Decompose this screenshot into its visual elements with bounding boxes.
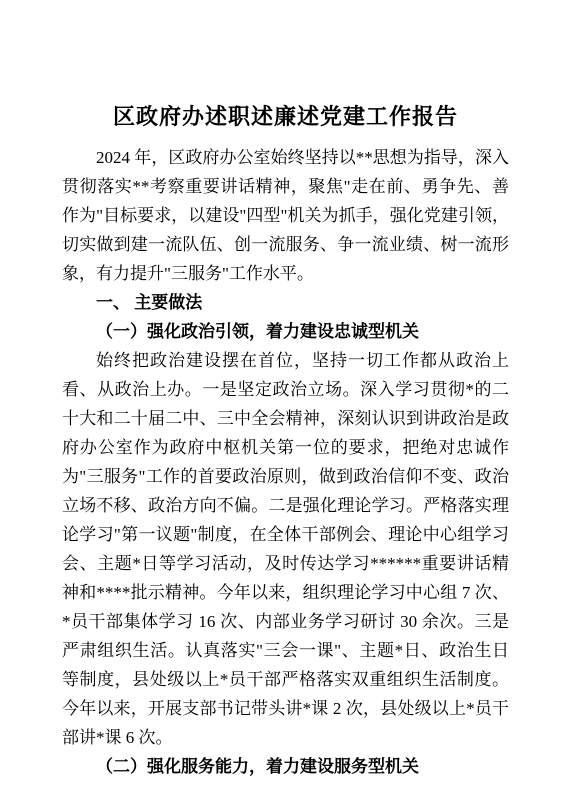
- document-title: 区政府办述职述廉述党建工作报告: [62, 100, 509, 134]
- section-heading-main-practices: 一、 主要做法: [62, 288, 509, 317]
- subsection-heading-political-leadership: （一）强化政治引领，着力建设忠诚型机关: [62, 317, 509, 346]
- paragraph-political-building: 始终把政治建设摆在首位，坚持一切工作都从政治上看、从政治上办。一是坚定政治立场。…: [62, 346, 509, 752]
- subsection-heading-service-capability: （二）强化服务能力，着力建设服务型机关: [62, 752, 509, 781]
- document-page: 区政府办述职述廉述党建工作报告 2024 年，区政府办公室始终坚持以**思想为指…: [0, 0, 570, 807]
- paragraph-intro: 2024 年，区政府办公室始终坚持以**思想为指导，深入贯彻落实**考察重要讲话…: [62, 143, 509, 288]
